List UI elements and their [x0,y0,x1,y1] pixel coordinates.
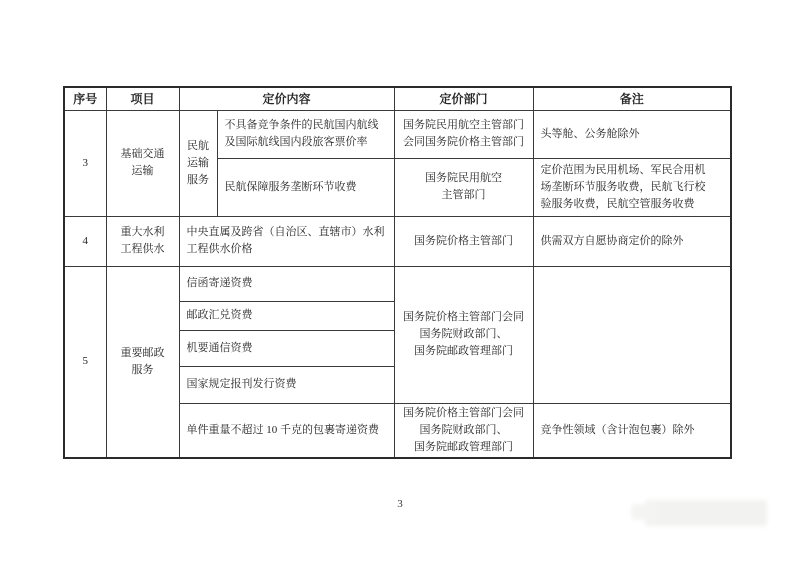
row5-content-1: 信函寄递资费 [179,266,394,301]
document-page: 序号 项目 定价内容 定价部门 备注 3 基础交通 运输 民航 运输 服务 不具… [0,0,800,565]
row5-department-last: 国务院价格主管部门会同 国务院财政部门、 国务院邮政管理部门 [394,403,533,458]
row5-content-3: 机要通信资费 [179,330,394,366]
table-header-row: 序号 项目 定价内容 定价部门 备注 [64,87,731,110]
header-item: 项目 [106,87,179,110]
row5-department-group: 国务院价格主管部门会同 国务院财政部门、 国务院邮政管理部门 [394,266,533,403]
row3b-note: 定价范围为民用机场、军民合用机 场垄断环节服务收费，民航飞行校 验服务收费，民航… [533,158,731,216]
row3b-content: 民航保障服务垄断环节收费 [217,158,394,216]
row3-seq: 3 [64,110,106,216]
row3a-content: 不具备竞争条件的民航国内航线 及国际航线国内段旅客票价率 [217,110,394,158]
row4-note: 供需双方自愿协商定价的除外 [533,216,731,266]
row3b-department: 国务院民用航空 主管部门 [394,158,533,216]
table-row: 3 基础交通 运输 民航 运输 服务 不具备竞争条件的民航国内航线 及国际航线国… [64,110,731,158]
row5-item: 重要邮政 服务 [106,266,179,458]
header-department: 定价部门 [394,87,533,110]
pricing-table: 序号 项目 定价内容 定价部门 备注 3 基础交通 运输 民航 运输 服务 不具… [63,86,732,459]
header-content: 定价内容 [179,87,394,110]
row4-department: 国务院价格主管部门 [394,216,533,266]
header-seq: 序号 [64,87,106,110]
table-row: 4 重大水利 工程供水 中央直属及跨省（自治区、直辖市）水利 工程供水价格 国务… [64,216,731,266]
row5-note-empty [533,266,731,403]
row3a-note: 头等舱、公务舱除外 [533,110,731,158]
row3-subcategory: 民航 运输 服务 [179,110,217,216]
row5-seq: 5 [64,266,106,458]
row5-content-5: 单件重量不超过 10 千克的包裹寄递资费 [179,403,394,458]
watermark [645,500,767,526]
row3-item: 基础交通 运输 [106,110,179,216]
row3a-department: 国务院民用航空主管部门 会同国务院价格主管部门 [394,110,533,158]
header-note: 备注 [533,87,731,110]
row4-content: 中央直属及跨省（自治区、直辖市）水利 工程供水价格 [179,216,394,266]
table-row: 5 重要邮政 服务 信函寄递资费 国务院价格主管部门会同 国务院财政部门、 国务… [64,266,731,301]
row5-content-4: 国家规定报刊发行资费 [179,366,394,403]
row5-note-last: 竞争性领域（含计泡包裹）除外 [533,403,731,458]
row4-seq: 4 [64,216,106,266]
row5-content-2: 邮政汇兑资费 [179,301,394,330]
row4-item: 重大水利 工程供水 [106,216,179,266]
